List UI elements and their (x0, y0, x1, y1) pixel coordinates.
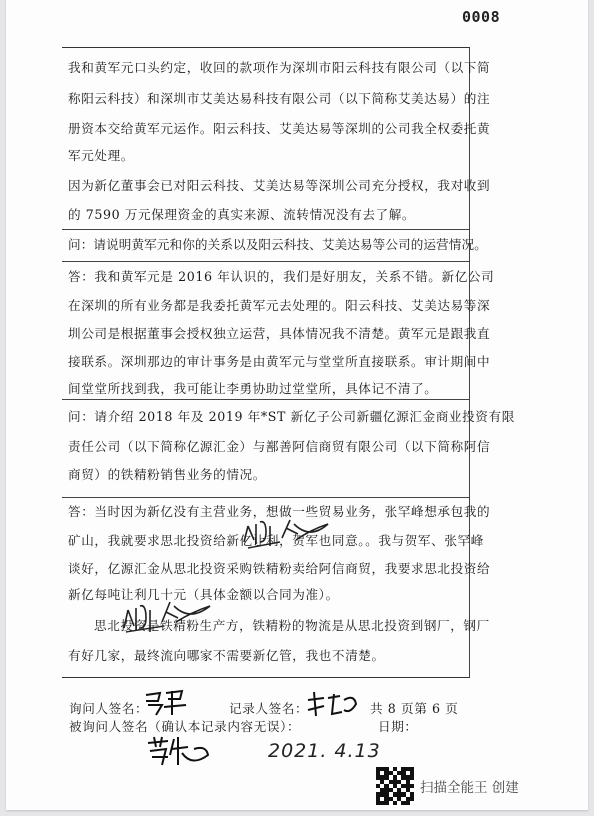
text-line: 商贸）的铁精粉销售业务的情况。 (68, 467, 266, 483)
text-line: 称阳云科技）和深圳市艾美达易科技有限公司（以下简称艾美达易）的注 (68, 91, 490, 107)
text-line: 矿山，我就要求思北投资给新亿让利，贺军也同意。。我与贺军、张罕峰 (68, 533, 484, 549)
page-info: 共 8 页第 6 页 (370, 698, 458, 717)
answer-block: 答：我和黄军元是 2016 年认识的，我们是好朋友，关系不错。新亿公司 在深圳的… (62, 261, 469, 399)
text-line: 间堂堂所找到我，我可能让李勇协助过堂堂所，具体记不清了。 (68, 381, 437, 397)
handwritten-date: 2021. 4.13 (268, 740, 381, 762)
interrogation-record-box: 我和黄军元口头约定，收回的款项作为深圳市阳云科技有限公司（以下简 称阳云科技）和… (62, 47, 470, 678)
qr-code-icon (376, 767, 414, 805)
text-line: 有好几家，最终流向哪家不需要新亿管，我也不清楚。 (68, 648, 385, 664)
text-line: 答：我和黄军元是 2016 年认识的，我们是好朋友，关系不错。新亿公司 (68, 269, 494, 285)
scanner-watermark: 扫描全能王 创建 (376, 767, 519, 805)
interviewee-signature-label: 被询问人签名（确认本记录内容无误）： (69, 716, 300, 735)
text-line: 在深圳的所有业务都是我委托黄军元去处理的。阳云科技、艾美达易等深 (68, 298, 490, 314)
text-line: 圳公司是根据董事会授权独立运营，具体情况我不清楚。黄军元是跟我直 (68, 326, 490, 342)
text-line: 答：当时因为新亿没有主营业务，想做一些贸易业务，张罕峰想承包我的 (68, 504, 490, 520)
text-line: 思北投资是铁精粉生产方，铁精粉的物流是从思北投资到钢厂，钢厂 (94, 618, 490, 634)
question-block: 问：请说明黄军元和你的关系以及阳云科技、艾美达易等公司的运营情况。 (62, 229, 469, 261)
watermark-text: 扫描全能王 创建 (420, 776, 519, 796)
text-line: 接联系。深圳那边的审计事务是由黄军元与堂堂所直接联系。审计期间中 (68, 354, 490, 370)
date-label: 日期： (378, 716, 418, 735)
interviewee-handwritten-signature (144, 733, 214, 769)
interviewer-handwritten-signature (142, 687, 202, 717)
text-line: 军元处理。 (68, 148, 134, 164)
page-code: 0008 (462, 8, 500, 26)
text-line: 谈好，亿源汇金从思北投资采购铁精粉卖给阿信商贸，我要求思北投资给 (68, 561, 490, 577)
text-line: 我和黄军元口头约定，收回的款项作为深圳市阳云科技有限公司（以下简 (68, 60, 490, 76)
text-line: 的 7590 万元保理资金的真实来源、流转情况没有去了解。 (68, 207, 415, 223)
text-line: 新亿每吨让利几十元（具体金额以合同为准）。 (68, 587, 339, 603)
text-line: 责任公司（以下简称亿源汇金）与鄯善阿信商贸有限公司（以下简称阿信 (68, 439, 490, 455)
answer-block: 答：当时因为新亿没有主营业务，想做一些贸易业务，张罕峰想承包我的 矿山，我就要求… (62, 497, 469, 678)
text-line: 册资本交给黄军元运作。阳云科技、艾美达易等深圳的公司我全权委托黄 (68, 121, 490, 137)
interviewer-signature-label: 询问人签名： (69, 698, 148, 717)
recorder-signature-label: 记录人签名： (229, 698, 308, 717)
recorder-handwritten-signature (304, 690, 364, 718)
scanned-page: 0008 我和黄军元口头约定，收回的款项作为深圳市阳云科技有限公司（以下简 称阳… (6, 0, 588, 810)
answer-continued-block: 我和黄军元口头约定，收回的款项作为深圳市阳云科技有限公司（以下简 称阳云科技）和… (62, 48, 469, 229)
question-text: 问：请说明黄军元和你的关系以及阳云科技、艾美达易等公司的运营情况。 (68, 237, 487, 253)
text-line: 因为新亿董事会已对阳云科技、艾美达易等深圳公司充分授权，我对收到 (68, 178, 490, 194)
question-block: 问：请介绍 2018 年及 2019 年*ST 新亿子公司新疆亿源汇金商业投资有… (62, 399, 469, 497)
text-line: 问：请介绍 2018 年及 2019 年*ST 新亿子公司新疆亿源汇金商业投资有… (68, 409, 515, 425)
